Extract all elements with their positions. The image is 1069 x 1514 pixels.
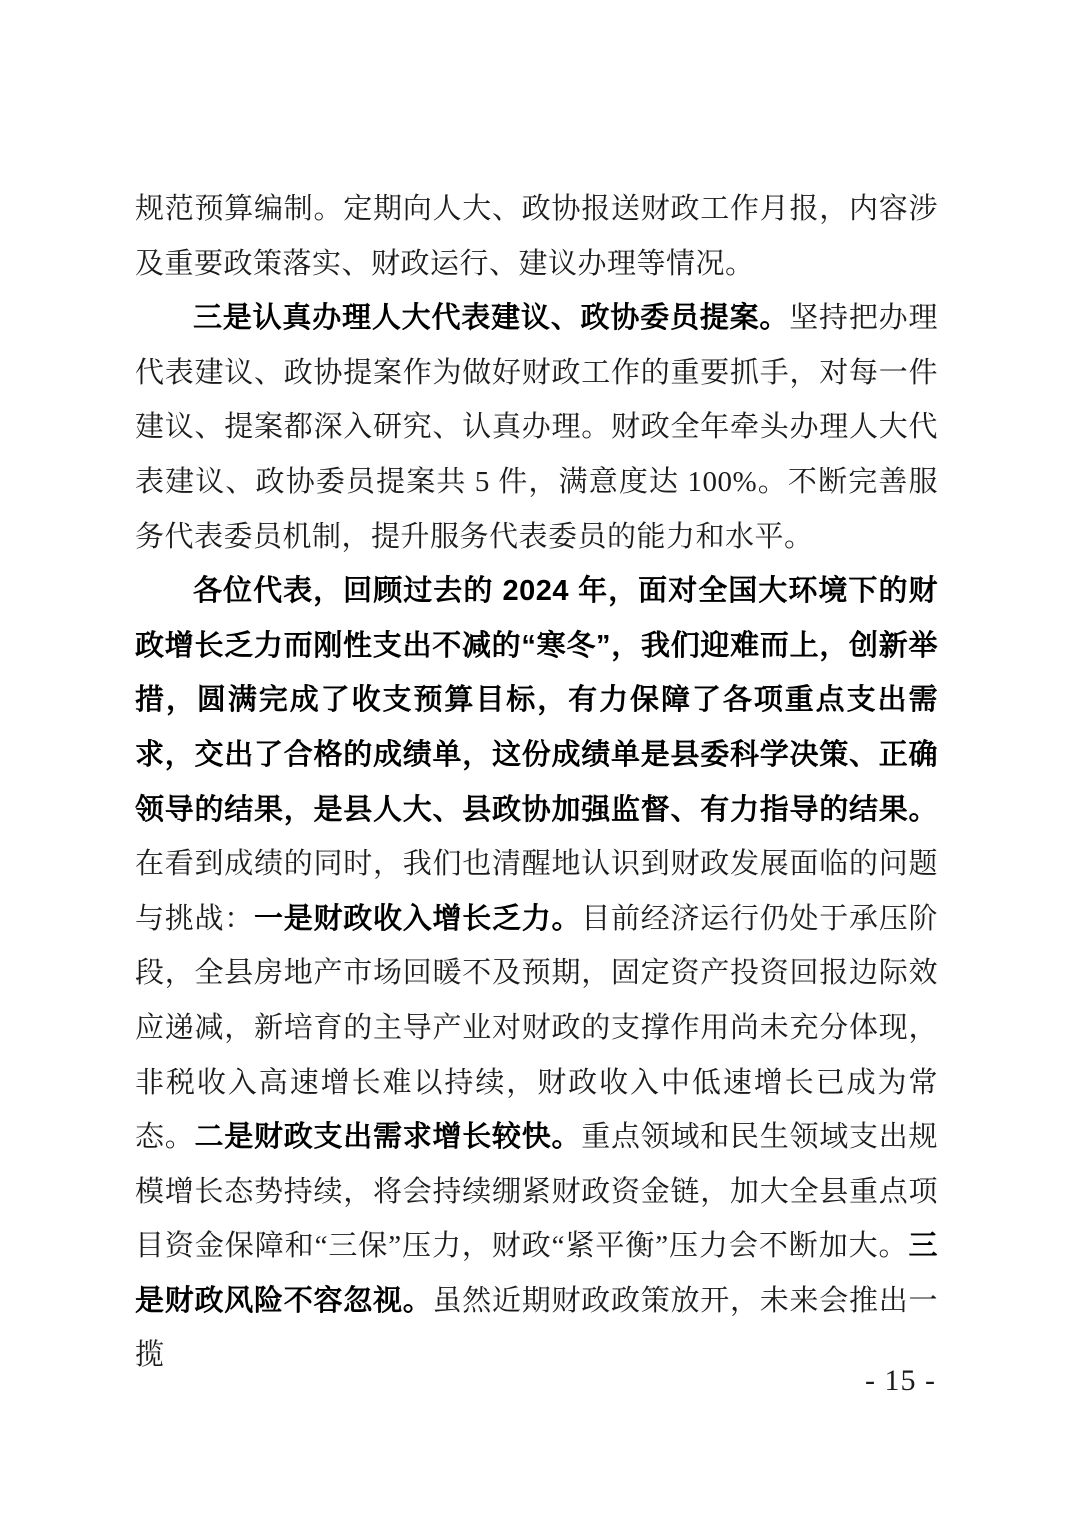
document-text-block: 规范预算编制。定期向人大、政协报送财政工作月报，内容涉及重要政策落实、财政运行、…: [135, 182, 938, 1383]
document-page: 规范预算编制。定期向人大、政协报送财政工作月报，内容涉及重要政策落实、财政运行、…: [0, 0, 1069, 1514]
paragraph-item-three-proposals: 三是认真办理人大代表建议、政协委员提案。坚持把办理代表建议、政协提案作为做好财政…: [135, 291, 938, 564]
text-run: 目前经济运行仍处于承压阶段，全县房地产市场回暖不及预期，固定资产投资回报边际效应…: [135, 903, 938, 1153]
paragraph-review-and-challenges: 各位代表，回顾过去的 2024 年，面对全国大环境下的财政增长乏力而刚性支出不减…: [135, 564, 938, 1383]
text-run: 坚持把办理代表建议、政协提案作为做好财政工作的重要抓手，对每一件建议、提案都深入…: [135, 302, 938, 552]
bold-text-run: 三是认真办理人大代表建议、政协委员提案。: [193, 302, 789, 334]
bold-text-run: 各位代表，回顾过去的 2024 年，面对全国大环境下的财政增长乏力而刚性支出不减…: [135, 575, 938, 825]
page-number: - 15 -: [865, 1363, 936, 1399]
bold-text-run: 二是财政支出需求增长较快。: [195, 1121, 582, 1153]
text-run: 规范预算编制。定期向人大、政协报送财政工作月报，内容涉及重要政策落实、财政运行、…: [135, 193, 938, 280]
paragraph-continuation: 规范预算编制。定期向人大、政协报送财政工作月报，内容涉及重要政策落实、财政运行、…: [135, 182, 938, 291]
bold-text-run: 一是财政收入增长乏力。: [254, 903, 581, 935]
